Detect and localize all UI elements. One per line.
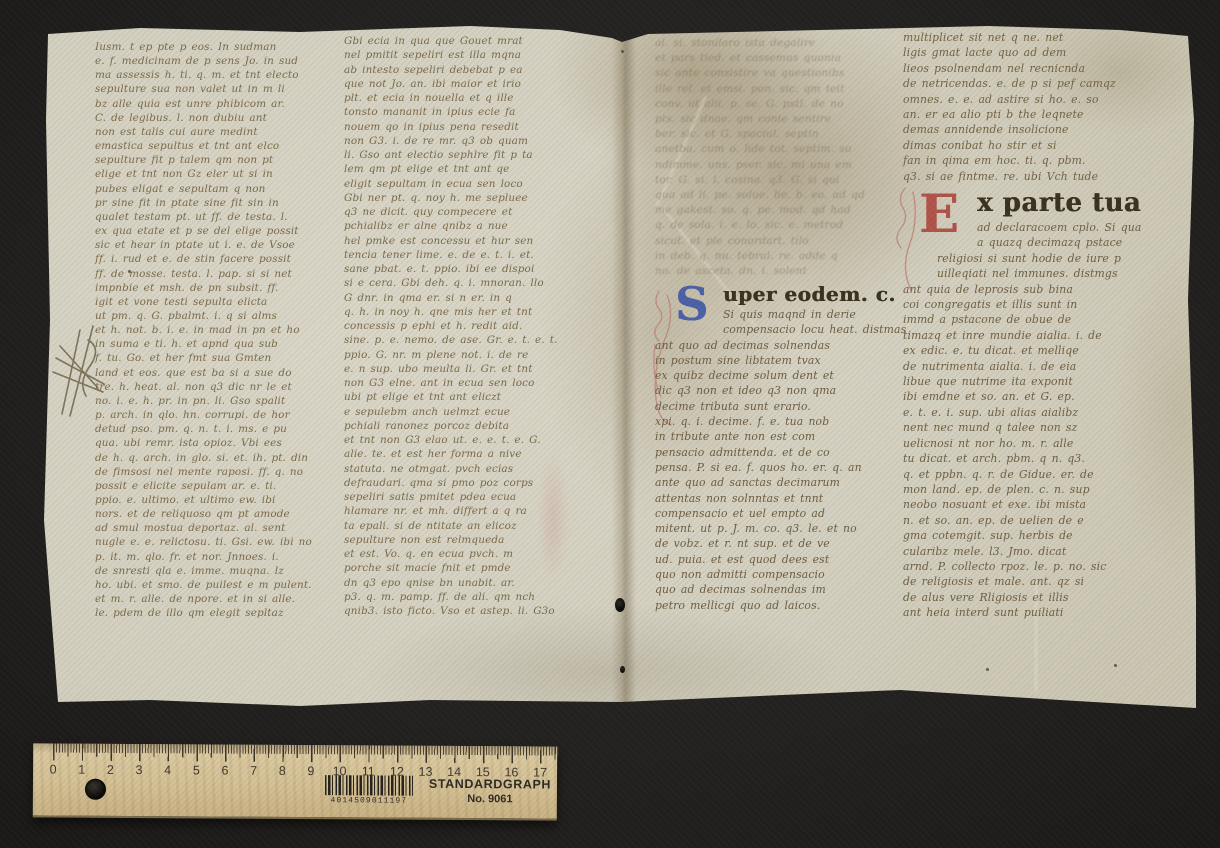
- manuscript-line: et est. Vo. q. en ecua pvch. m: [344, 547, 568, 561]
- manuscript-line: si e cera. Gbi deh. q. i. mnoran. llo: [344, 276, 568, 290]
- manuscript-line: q. de sola. i. e. lo. sic. e. metrod: [655, 218, 871, 233]
- fold-crease: [612, 22, 636, 716]
- ruler-number: 7: [250, 764, 257, 778]
- manuscript-line: ab intesto sepeliri debebat p ea: [344, 63, 568, 77]
- manuscript-line: sepulture sua non valet ut in m li: [95, 82, 317, 96]
- manuscript-line: religiosi si sunt hodie de iure p: [903, 251, 1121, 266]
- manuscript-line: compensacio et uel empto ad: [655, 506, 873, 521]
- manuscript-line: e. f. medicinam de p sens Jo. in sud: [95, 54, 317, 68]
- manuscript-line: statuta. ne otmgat. pvch ecias: [344, 462, 568, 476]
- manuscript-line: mon land. ep. de plen. c. n. sup: [903, 482, 1121, 497]
- manuscript-line: nors. et de reliquoso qm pt amode: [95, 507, 317, 521]
- ruler-number: 8: [279, 764, 286, 778]
- manuscript-line: ant heia interd sunt puiliati: [903, 605, 1121, 620]
- manuscript-line: Gbi ner pt. q. noy h. me sepluee: [344, 191, 568, 205]
- manuscript-line: emastica sepultus et tnt ant elco: [95, 139, 317, 153]
- manuscript-line: petro mellicgi quo ad laicos.: [655, 598, 873, 613]
- manuscript-column-4-top: multiplicet sit net q ne. netligis gmat …: [903, 30, 1121, 184]
- manuscript-line: sepulture non est relmqueda: [344, 533, 568, 547]
- manuscript-line: de vobz. et r. nt sup. et de ve: [655, 536, 873, 551]
- manuscript-line: sic et hear in ptate ut i. e. de Vsoe: [95, 238, 317, 252]
- manuscript-line: no. i. e. h. pr. in pn. li. Gso spalit: [95, 394, 317, 408]
- manuscript-line: defraudari. qma si pmo poz corps: [344, 476, 568, 490]
- manuscript-line: de alus vere Rligiosis et illis: [903, 590, 1121, 605]
- manuscript-line: demas annidende insolicione: [903, 122, 1121, 137]
- manuscript-line: dn q3 epo qnise bn unabit. ar.: [344, 576, 568, 590]
- manuscript-line: nouem qo in ipius pena resedit: [344, 120, 568, 134]
- manuscript-line: p. it. m. qlo. fr. et nor. Jnnoes. i.: [95, 550, 317, 564]
- manuscript-line: qua. ubi remr. ista opioz. Vbi ees: [95, 436, 317, 450]
- manuscript-line: ante quo ad sanctas decimarum: [655, 475, 873, 490]
- manuscript-line: uelicnosi nt nor ho. m. r. alle: [903, 436, 1121, 451]
- manuscript-column-2: Gbi ecia in qua que Gouet mratnel pmitit…: [344, 34, 568, 618]
- manuscript-line: sic ante consistire va questionibs: [655, 66, 871, 81]
- manuscript-line: alie. te. et est her forma a nive: [344, 447, 568, 461]
- manuscript-line: ndimme. uns. pser. sic. mi una em: [655, 158, 871, 173]
- manuscript-line: p3. q. m. pamp. ff. de ali. qm nch: [344, 590, 568, 604]
- manuscript-line: non G3 elne. ant in ecua sen loco: [344, 376, 568, 390]
- manuscript-line: hel pmke est concessu et hur sen: [344, 234, 568, 248]
- manuscript-line: ex edic. e. tu dicat. et melliqe: [903, 343, 1121, 358]
- manuscript-line: pr sine fit in ptate sine fit sin in: [95, 196, 317, 210]
- manuscript-line: detud pso. pm. q. n. t. i. ms. e pu: [95, 422, 317, 436]
- manuscript-line: in postum sine libtatem tvax: [655, 353, 873, 368]
- ruler-hanging-hole: [85, 779, 106, 800]
- manuscript-line: neobo nosuant et exe. ibi mista: [903, 497, 1121, 512]
- manuscript-line: qualet testam pt. ut ff. de testa. l.: [95, 210, 317, 224]
- manuscript-line: ant quia de leprosis sub bina: [903, 282, 1121, 297]
- ruler-ticks-cm: [53, 744, 559, 764]
- manuscript-line: in tribute ante non est com: [655, 429, 873, 444]
- wooden-ruler: 01234567891011121314151617 4014509011197…: [33, 743, 557, 820]
- ruler-number: 4: [164, 763, 171, 777]
- manuscript-line: possit e elicite sepulam ar. e. ti.: [95, 479, 317, 493]
- manuscript-line: pensa. P. si ea. f. quos ho. er. q. an: [655, 460, 873, 475]
- manuscript-line: pubes eligat e sepultam q non: [95, 182, 317, 196]
- manuscript-line: tre. h. heat. al. non q3 dic nr le et: [95, 380, 317, 394]
- ruler-number: 6: [221, 764, 228, 778]
- manuscript-line: multiplicet sit net q ne. net: [903, 30, 1121, 45]
- manuscript-line: decime tributa sunt erario.: [655, 399, 873, 414]
- manuscript-line: ma assessis h. ti. q. m. et tnt electo: [95, 68, 317, 82]
- manuscript-line: compensacio locu heat. distmas: [655, 322, 873, 337]
- manuscript-line: uilleqiati nel immunes. distmgs: [903, 266, 1121, 281]
- manuscript-line: non G3. i. de re mr. q3 ob quam: [344, 134, 568, 148]
- manuscript-line: nugle e. e. relictosu. ti. Gsi. ew. ibi …: [95, 535, 317, 549]
- heading-super-eodem: uper eodem. c.: [655, 281, 873, 307]
- manuscript-line: pchiali ranonez porcoz debita: [344, 419, 568, 433]
- manuscript-line: omnes. e. e. ad astire si ho. e. so: [903, 92, 1121, 107]
- wormhole: [615, 598, 625, 612]
- manuscript-line: ibi emdne et so. an. et G. ep.: [903, 389, 1121, 404]
- manuscript-line: libue que nutrime ita exponit: [903, 374, 1121, 389]
- manuscript-line: an. er ea alio pti b the leqnete: [903, 107, 1121, 122]
- manuscript-line: q. h. in noy h. qne mis her et tnt: [344, 305, 568, 319]
- manuscript-line: ta epali. si de ntitate an elicoz: [344, 519, 568, 533]
- manuscript-line: G dnr. in qma er. si n er. in q: [344, 291, 568, 305]
- manuscript-line: de fimsosi nel mente raposi. ff. q. no: [95, 465, 317, 479]
- manuscript-line: Iusm. t ep pte p eos. In sudman: [95, 40, 317, 54]
- manuscript-line: lieos psolnendam nel recnicnda: [903, 61, 1121, 76]
- manuscript-line: sane pbat. e. t. ppio. ibi ee dispoi: [344, 262, 568, 276]
- manuscript-line: tonsto mananit in ipius ecie fa: [344, 105, 568, 119]
- manuscript-line: et pars tied. et cassemus quonia: [655, 51, 871, 66]
- manuscript-line: et m. r. alle. de npore. et in si alle.: [95, 592, 317, 606]
- manuscript-line: Si quis maqnd in derie: [655, 307, 873, 322]
- manuscript-line: cularibz mele. l3. Jmo. dicat: [903, 544, 1121, 559]
- manuscript-line: et tnt non G3 elao ut. e. e. t. e. G.: [344, 433, 568, 447]
- manuscript-line: de snresti qla e. imme. muqna. lz: [95, 564, 317, 578]
- manuscript-line: ff. de mosse. testa. l. pap. si si net: [95, 267, 317, 281]
- manuscript-line: ex qua etate et p se del elige possit: [95, 224, 317, 238]
- manuscript-line: xpi. q. i. decime. f. e. tua nob: [655, 414, 873, 429]
- manuscript-line: ud. puia. et est quod dees est: [655, 552, 873, 567]
- ruler-number: 1: [78, 763, 85, 777]
- wormhole-small: [620, 666, 625, 673]
- ruler-model-number: No. 9061: [425, 793, 555, 806]
- manuscript-line: e sepulebm anch uelmzt ecue: [344, 405, 568, 419]
- manuscript-line: dic q3 non et ideo q3 non qma: [655, 383, 873, 398]
- heading-ex-parte-tua: x parte tua: [903, 186, 1121, 220]
- manuscript-line: arnd. P. collecto rpoz. le. p. no. sic: [903, 559, 1121, 574]
- ruler-brand-block: STANDARDGRAPH No. 9061: [425, 777, 555, 806]
- ruler-brand-name: STANDARDGRAPH: [425, 777, 555, 792]
- manuscript-line: tor. G. si. l. cosina. q3. G. si qui: [655, 173, 871, 188]
- manuscript-line: al. si. stonilaro ista degalire: [655, 36, 871, 51]
- manuscript-line: q3 ne dicit. quy compecere et: [344, 205, 568, 219]
- ruler-number: 9: [307, 764, 314, 778]
- manuscript-line: hlamare nr. et mh. differt a q ra: [344, 504, 568, 518]
- manuscript-line: eligit sepultam in ecua sen loco: [344, 177, 568, 191]
- manuscript-line: nel pmitit sepeliri est illa mqna: [344, 48, 568, 62]
- manuscript-line: n. et so. an. ep. de uelien de e: [903, 513, 1121, 528]
- manuscript-line: ff. i. rud et e. de stin facere possit: [95, 252, 317, 266]
- manuscript-line: immd a pstacone de obue de: [903, 312, 1121, 327]
- manuscript-line: sepeliri satis pmitet pdea ecua: [344, 490, 568, 504]
- manuscript-line: concessis p ephi et h. redit aid.: [344, 319, 568, 333]
- manuscript-line: ho. ubi. et smo. de puilest e m pulent.: [95, 578, 317, 592]
- manuscript-line: mitent. ut p. J. m. co. q3. le. et no: [655, 521, 873, 536]
- manuscript-line: pts. sic dnae. qm conie sentire: [655, 112, 871, 127]
- barcode-bars: [325, 775, 413, 796]
- manuscript-line: a quazq decimazq pstace: [903, 235, 1121, 250]
- manuscript-line: porche sit macie fnit et pmde: [344, 561, 568, 575]
- manuscript-line: quo ad decimas solnendas im: [655, 582, 873, 597]
- manuscript-line: me gakest. so. q. pe. mod. qd had: [655, 203, 871, 218]
- manuscript-line: timazq et inre mundie aialia. i. de: [903, 328, 1121, 343]
- manuscript-line: C. de legibus. l. non dubiu ant: [95, 111, 317, 125]
- manuscript-line: bz alle quia est unre phibicom ar.: [95, 97, 317, 111]
- manuscript-column-3-faded: al. si. stonilaro ista degalireet pars t…: [655, 36, 871, 279]
- barcode-digits: 4014509011197: [325, 796, 413, 806]
- photo-background: Iusm. t ep pte p eos. In sudmane. f. med…: [0, 0, 1220, 848]
- manuscript-line: qnib3. isto ficto. Vso et astep. li. G3o: [344, 604, 568, 618]
- manuscript-line: fan in qima em hoc. ti. q. pbm.: [903, 153, 1121, 168]
- manuscript-line: de h. q. arch. in glo. si. et. ih. pt. d…: [95, 451, 317, 465]
- manuscript-line: de netricendas. e. de p si pef camqz: [903, 76, 1121, 91]
- manuscript-line: tencia tener lime. e. de e. t. i. et.: [344, 248, 568, 262]
- manuscript-line: non est talis cui aure medint: [95, 125, 317, 139]
- manuscript-line: ex quibz decime solum dent et: [655, 368, 873, 383]
- manuscript-line: dimas conibat ho stir et si: [903, 138, 1121, 153]
- manuscript-line: coi congregatis et illis sunt in: [903, 297, 1121, 312]
- manuscript-line: sicut. et ple conordart. tilo: [655, 234, 871, 249]
- manuscript-line: ad smul mostua deportaz. al. sent: [95, 521, 317, 535]
- manuscript-line: e. n sup. ubo meulta li. Gr. et tnt: [344, 362, 568, 376]
- manuscript-line: igit et vone testi sepulta elicta: [95, 295, 317, 309]
- manuscript-column-4: E x parte tua ad declaracoem cplo. Si qu…: [903, 186, 1121, 621]
- manuscript-line: pchialibz er alne qnibz a nue: [344, 219, 568, 233]
- manuscript-line: plt. et ecia in nouella et q ille: [344, 91, 568, 105]
- manuscript-line: Gbi ecia in qua que Gouet mrat: [344, 34, 568, 48]
- manuscript-line: tu dicat. et arch. pbm. q n. q3.: [903, 451, 1121, 466]
- manuscript-line: ppio. G. nr. m plene not. i. de re: [344, 348, 568, 362]
- manuscript-line: ut pm. q. G. pbalmt. i. q si alms: [95, 309, 317, 323]
- manuscript-line: gma cotemgit. sup. herbis de: [903, 528, 1121, 543]
- manuscript-line: attentas non solnntas et tnnt: [655, 491, 873, 506]
- ruler-barcode: 4014509011197: [325, 775, 413, 806]
- manuscript-line: sepulture fit p talem qm non pt: [95, 153, 317, 167]
- manuscript-line: elige et tnt non Gz eler ut si in: [95, 167, 317, 181]
- manuscript-line: q3. si ae fintme. re. ubi Vch tude: [903, 169, 1121, 184]
- ruler-number: 5: [193, 763, 200, 777]
- manuscript-line: ligis gmat lacte quo ad dem: [903, 45, 1121, 60]
- manuscript-line: q. et ppbn. q. r. de Gidue. er. de: [903, 467, 1121, 482]
- manuscript-line: ppio. e. ultimo. et ultimo ew. ibi: [95, 493, 317, 507]
- manuscript-column-1: Iusm. t ep pte p eos. In sudmane. f. med…: [95, 40, 317, 620]
- manuscript-line: e. t. e. i. sup. ubi alias aialibz: [903, 405, 1121, 420]
- manuscript-line: ad declaracoem cplo. Si qua: [903, 220, 1121, 235]
- manuscript-line: le. pdem de illo qm elegit sepltaz: [95, 606, 317, 620]
- manuscript-line: conv. ut alii. p. se. G. pstl. de no: [655, 97, 871, 112]
- manuscript-line: de nutrimenta aialia. i. de eia: [903, 359, 1121, 374]
- manuscript-column-3: S uper eodem. c. Si quis maqnd in deriec…: [655, 281, 873, 613]
- manuscript-line: ber. sic. et G. spaciul. septin: [655, 127, 871, 142]
- manuscript-line: qua ad li. pe. solue. lie. b. eo. ad qd: [655, 188, 871, 203]
- manuscript-line: sine. p. e. nemo. de ase. Gr. e. t. e. t…: [344, 333, 568, 347]
- manuscript-line: p. arch. in qlo. hn. corrupi. de hor: [95, 408, 317, 422]
- ruler-number: 2: [107, 763, 114, 777]
- manuscript-line: land et eos. que est ba si a sue do: [95, 366, 317, 380]
- manuscript-line: que not Jo. an. ibi maior et irio: [344, 77, 568, 91]
- manuscript-line: de religiosis et male. ant. qz si: [903, 574, 1121, 589]
- manuscript-line: ille rel. et emsi. pon. sic. qm teit: [655, 82, 871, 97]
- manuscript-line: in suma e ti. h. et apnd qua sub: [95, 337, 317, 351]
- manuscript-line: lem qm pt elige et tnt ant qe: [344, 162, 568, 176]
- manuscript-line: et h. not. b. i. e. in mad in pn et ho: [95, 323, 317, 337]
- manuscript-line: nent nec mund q talee non sz: [903, 420, 1121, 435]
- manuscript-line: in deb. q. nu. tebral. re. adde q: [655, 249, 871, 264]
- manuscript-line: f. tu. Go. et her fmt sua Gmten: [95, 351, 317, 365]
- manuscript-line: li. Gso ant electio sephlre fit p ta: [344, 148, 568, 162]
- manuscript-line: pensacio admittenda. et de co: [655, 445, 873, 460]
- manuscript-line: ant quo ad decimas solnendas: [655, 338, 873, 353]
- ruler-number: 0: [50, 763, 57, 777]
- manuscript-line: quo non admitti compensacio: [655, 567, 873, 582]
- manuscript-line: impnbie et msh. de pn subsit. ff.: [95, 281, 317, 295]
- ruler-number: 3: [135, 763, 142, 777]
- manuscript-line: anetba. cum o. lide tot. septim. so: [655, 142, 871, 157]
- manuscript-line: ubi pt elige et tnt ant eliczt: [344, 390, 568, 404]
